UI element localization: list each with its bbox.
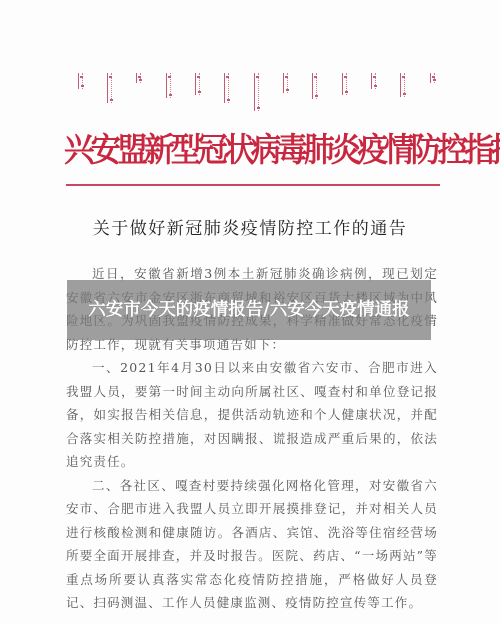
document-page: 兴安盟新型冠状病毒肺炎疫情防控指挥部 关于做好新冠肺炎疫情防控工作的通告 近日，… xyxy=(0,0,500,624)
mongolian-column xyxy=(78,73,83,89)
mongolian-column xyxy=(342,73,347,95)
item-two-paragraph: 二、各社区、嘎查村要持续强化网格化管理，对安徽省六安市、合肥市进入我盟人员立即开… xyxy=(66,474,438,615)
mongolian-column xyxy=(430,73,435,83)
caption-overlay: 六安市今天的疫情报告/六安今天疫情通报 xyxy=(67,280,431,340)
mongolian-column xyxy=(312,73,317,99)
mongolian-column xyxy=(254,73,259,111)
item-one-paragraph: 一、2021年4月30日以来由安徽省六安市、合肥市进入我盟人员，要第一时间主动向… xyxy=(66,356,438,474)
mongolian-column xyxy=(166,73,171,98)
mongolian-column xyxy=(195,73,200,95)
mongolian-column xyxy=(283,73,288,93)
mongolian-column xyxy=(371,73,376,89)
notice-title: 关于做好新冠肺炎疫情防控工作的通告 xyxy=(0,214,500,239)
caption-title: 六安市今天的疫情报告/六安今天疫情通报 xyxy=(80,299,417,322)
mongolian-script-header xyxy=(74,73,434,133)
issuing-agency-header: 兴安盟新型冠状病毒肺炎疫情防控指挥部 xyxy=(64,126,414,174)
mongolian-column xyxy=(136,73,141,83)
mongolian-column xyxy=(107,73,112,103)
mongolian-column xyxy=(224,73,229,103)
mongolian-column xyxy=(400,73,405,97)
red-divider-line xyxy=(66,184,440,186)
